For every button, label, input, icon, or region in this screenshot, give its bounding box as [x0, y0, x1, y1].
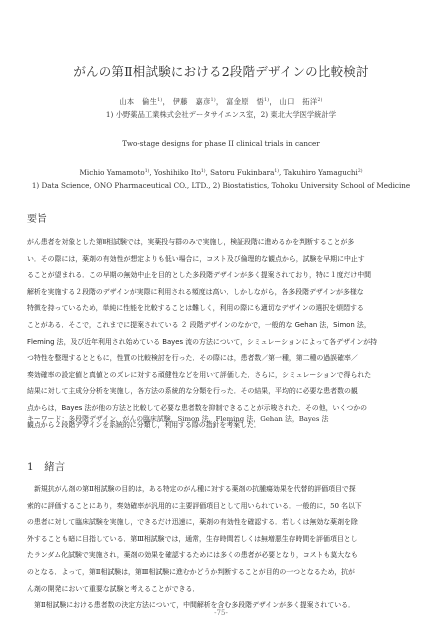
- abstract-line: がん患者を対象とした第Ⅱ相試験では，実薬投与群のみで実施し，検証段階に進めるかを…: [27, 234, 417, 251]
- abstract-line: ることが望まれる．この早期の無効中止を目的とした多段階デザインが多く提案されてお…: [27, 267, 417, 284]
- affiliations-ja: 1) 小野薬品工業株式会社データサイエンス室，2) 東北大学医学統計学: [0, 110, 442, 120]
- affiliation-marker: 1): [211, 98, 216, 103]
- paper-page: がんの第Ⅱ相試験における2段階デザインの比較検討 山本 倫生1)， 伊藤 嘉彦1…: [0, 0, 442, 640]
- affiliation-marker: 1): [274, 169, 279, 174]
- author-name: Satoru Fukinbara: [210, 168, 274, 177]
- author-name: 山本 倫生: [119, 97, 157, 106]
- paper-title-en: Two-stage designs for phase II clinical …: [0, 139, 442, 148]
- body-line: たランダム化試験で実施され，薬剤の効果を確認するためには多くの患者が必要となり，…: [27, 547, 417, 564]
- author-name: 富金原 悟: [226, 97, 264, 106]
- body-line: 外することも暗に目指している．第Ⅲ相試験では，通常，生存時間若しくは無増悪生存時…: [27, 531, 417, 548]
- author-list-en: Michio Yamamoto1), Yoshihiko Ito1), Sato…: [0, 168, 442, 177]
- body-line: ん剤の開発において重要な試験と考えることができる．: [27, 581, 417, 598]
- affiliation-marker: 1): [264, 98, 269, 103]
- paper-title-ja: がんの第Ⅱ相試験における2段階デザインの比較検討: [0, 62, 442, 80]
- body-line: 索的に評価することにあり，奏効確率が汎用的に主要評価項目として用いられている．一…: [27, 498, 417, 515]
- affiliation-marker: 1): [145, 169, 150, 174]
- body-line: 新規抗がん剤の第Ⅱ相試験の目的は，ある特定のがん種に対する薬剤の抗腫瘍効果を代替…: [27, 481, 417, 498]
- author-name: Michio Yamamoto: [80, 168, 145, 177]
- introduction-heading: 1 緒言: [27, 459, 65, 474]
- affiliation-marker: 2): [358, 169, 363, 174]
- abstract-line: ことがある．そこで，これまでに提案されている ２ 段階デザインのなかで，一般的な…: [27, 317, 417, 334]
- body-line: のとなる．よって，第Ⅱ相試験は，第Ⅲ相試験に進むかどうか判断することが目的の一つ…: [27, 564, 417, 581]
- author-name: Takuhiro Yamaguchi: [284, 168, 358, 177]
- keywords-text: 多段階デザイン，がんの臨床試験，Simon 法，Fleming 法，Gehan …: [68, 415, 328, 423]
- affiliations-en: 1) Data Science, ONO Pharmaceutical CO.,…: [0, 181, 442, 190]
- affiliation-marker: 1): [201, 169, 206, 174]
- abstract-line: 奏効確率の設定値と真値とのズレに対する頑健性などを用いて評価した．さらに，シミュ…: [27, 367, 417, 384]
- affiliation-marker: 2): [318, 98, 323, 103]
- abstract-line: 結果に対して主成分分析を実施し，各方法の系統的な分類を行った．その結果，平均的に…: [27, 383, 417, 400]
- keywords-label: キーワード：: [27, 415, 68, 423]
- affiliation-marker: 1): [157, 98, 162, 103]
- abstract-line: 解析を実施する２段階のデザインが実際に利用される頻度は高い．しかしながら，各多段…: [27, 284, 417, 301]
- page-number: -75-: [0, 609, 442, 617]
- author-name: 伊藤 嘉彦: [173, 97, 211, 106]
- abstract-line: つ特性を整理するとともに，性質の比較検討を行った．その際には，患者数／第一種，第…: [27, 350, 417, 367]
- abstract-line: Fleming 法，及び近年利用され始めている Bayes 流の方法について，シ…: [27, 334, 417, 351]
- author-name: 山口 拓洋: [280, 97, 318, 106]
- author-name: Yoshihiko Ito: [154, 168, 201, 177]
- abstract-heading: 要旨: [27, 210, 47, 225]
- abstract-line: 特徴を持っているため，単純に性能を比較することは難しく，利用の際にも適切なデザイ…: [27, 300, 417, 317]
- abstract-body: がん患者を対象とした第Ⅱ相試験では，実薬投与群のみで実施し，検証段階に進めるかを…: [27, 234, 417, 433]
- keywords: キーワード：多段階デザイン，がんの臨床試験，Simon 法，Fleming 法，…: [27, 413, 417, 423]
- abstract-line: い．その際には，薬剤の有効性が想定よりも低い場合に，コスト及び倫理的な観点から，…: [27, 251, 417, 268]
- introduction-body: 新規抗がん剤の第Ⅱ相試験の目的は，ある特定のがん種に対する薬剤の抗腫瘍効果を代替…: [27, 481, 417, 614]
- body-line: の患者に対して臨床試験を実施し，できるだけ迅速に，薬剤の有効性を確認する．若しく…: [27, 514, 417, 531]
- author-list-ja: 山本 倫生1)， 伊藤 嘉彦1)， 富金原 悟1)， 山口 拓洋2): [0, 97, 442, 107]
